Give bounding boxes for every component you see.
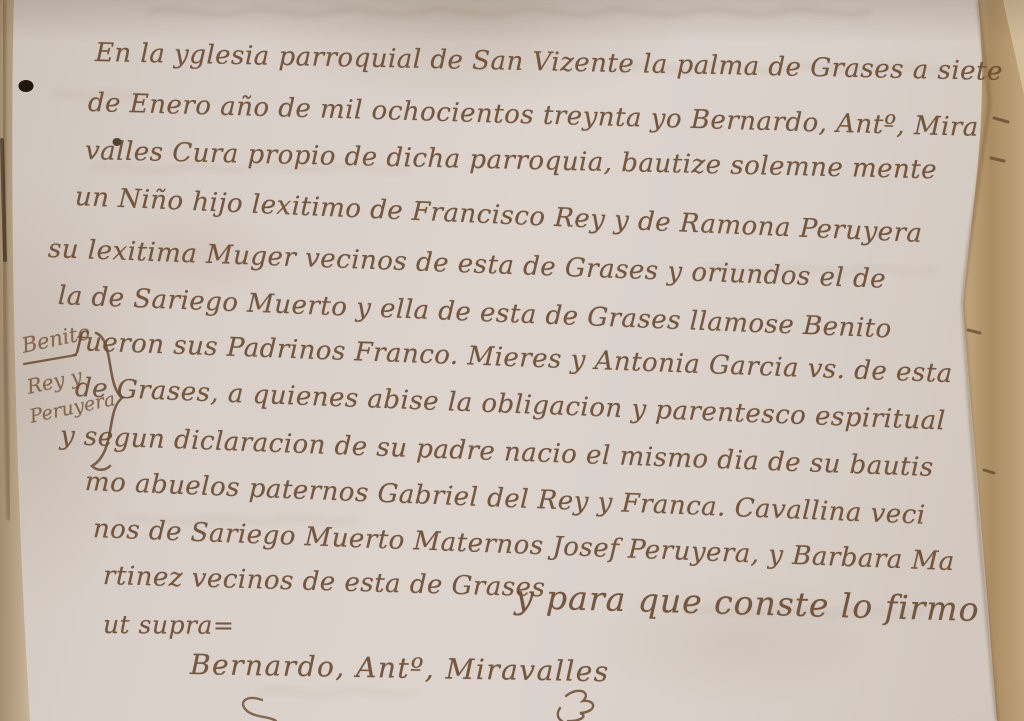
next-entry-start-flourish [243, 698, 276, 721]
record-ut-supra: ut supra= [103, 610, 235, 640]
record-line-3: valles Cura propio de dicha parroquia, b… [85, 136, 938, 185]
manuscript-page-photo: Benito Rey y Peruyera En la yglesia parr… [0, 0, 1024, 721]
record-line-12: rtinez vecinos de esta de Grases [103, 561, 546, 603]
record-closing-phrase: y para que conste lo firmo [514, 577, 980, 629]
next-page-corner [1003, 0, 1024, 95]
margin-name-underline [24, 355, 76, 364]
record-line-2: de Enero año de mil ochocientos treynta … [88, 88, 980, 143]
page-left-edge [0, 0, 30, 721]
signature-rubric-flourish [558, 691, 593, 721]
record-line-1: En la yglesia parroquial de San Vizente … [95, 38, 1004, 87]
priest-signature: Bernardo, Antº, Miravalles [190, 648, 610, 688]
